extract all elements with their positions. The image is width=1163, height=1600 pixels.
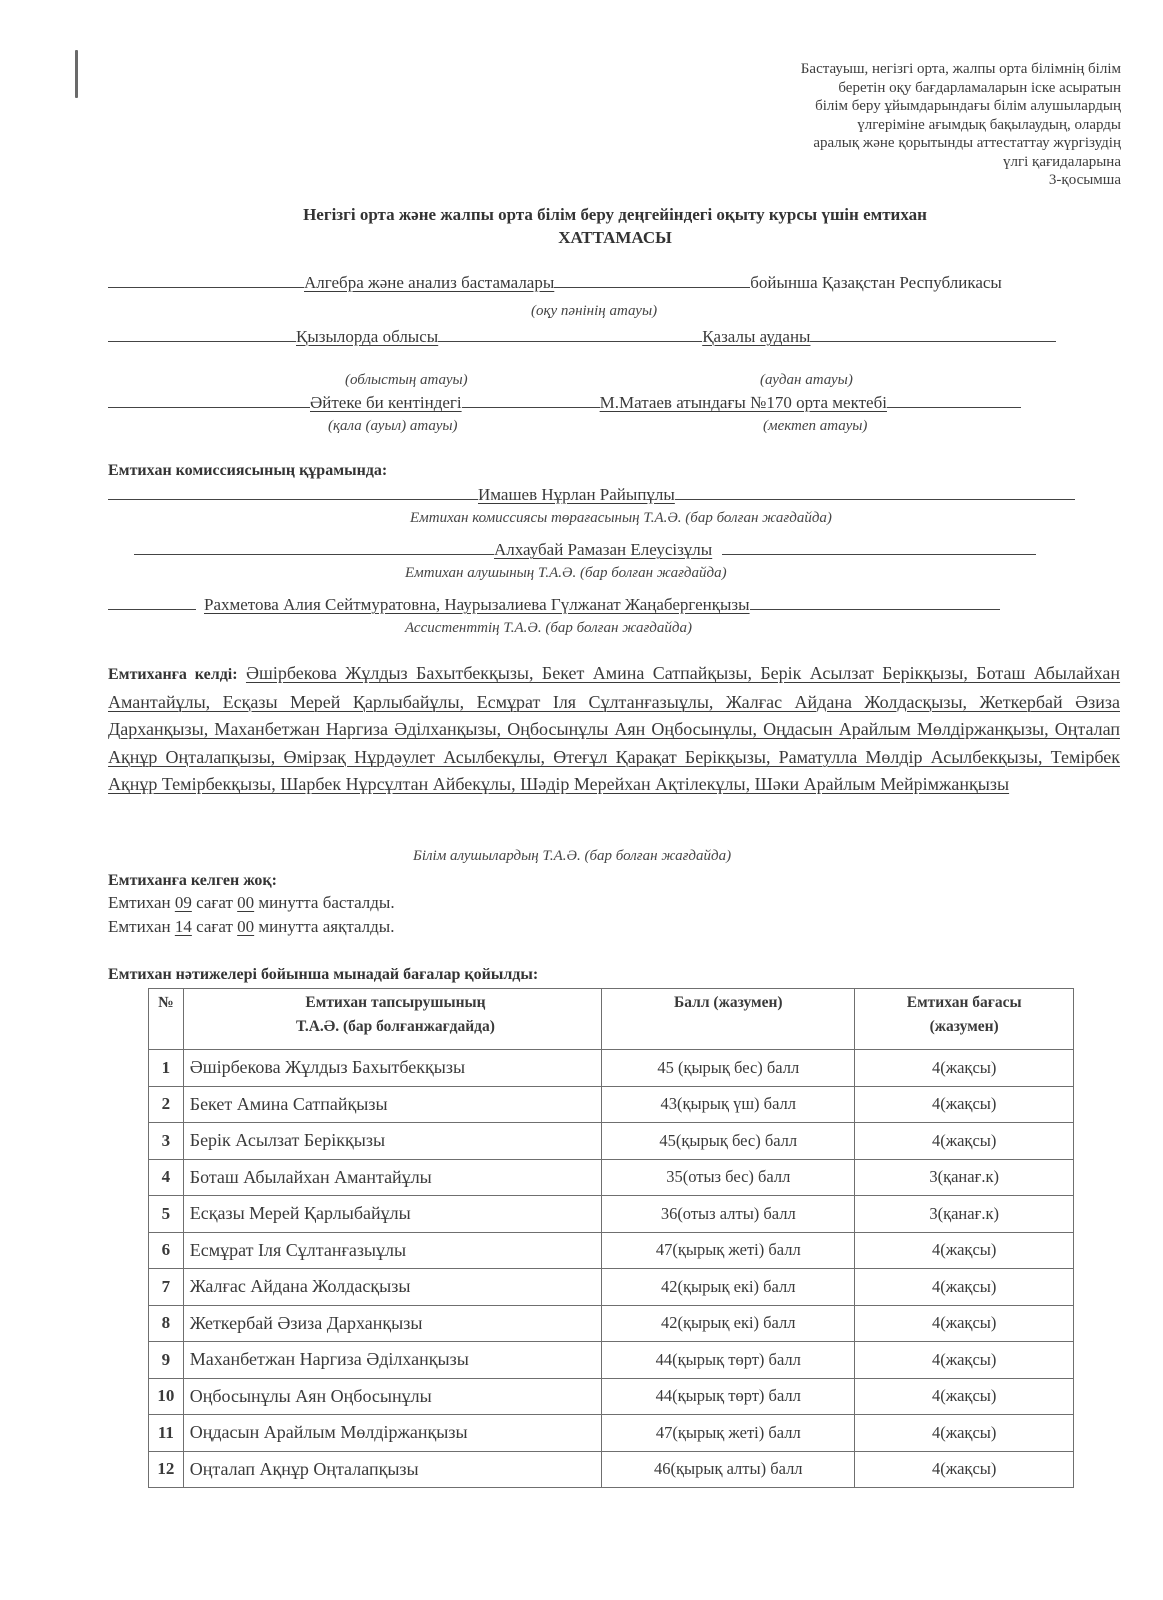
row-number: 3 [149, 1123, 184, 1160]
row-number: 5 [149, 1196, 184, 1233]
attended-label: Емтиханға келді: [108, 666, 238, 683]
document-title: Негізгі орта және жалпы орта білім беру … [110, 205, 1120, 225]
attended-caption: Білім алушылардың Т.А.Ә. (бар болған жағ… [413, 848, 731, 865]
row-score: 47(қырық жеті) балл [602, 1232, 855, 1269]
subject-value: Алгебра және анализ бастамалары [304, 273, 554, 292]
row-grade: 3(қанағ.к) [855, 1196, 1074, 1233]
chair-caption: Емтихан комиссиясы төрағасының Т.А.Ә. (б… [410, 510, 832, 527]
row-number: 9 [149, 1342, 184, 1379]
exam-start-suffix: минутта басталды. [254, 893, 394, 912]
blank-line [108, 393, 310, 408]
row-number: 8 [149, 1305, 184, 1342]
absent-label: Емтиханға келген жоқ: [108, 872, 277, 890]
blank-line [750, 595, 1000, 610]
exam-end-suffix: минутта аяқталды. [254, 917, 394, 936]
row-grade: 4(жақсы) [855, 1050, 1074, 1087]
row-grade: 4(жақсы) [855, 1342, 1074, 1379]
school-value: М.Матаев атындағы №170 орта мектебі [600, 393, 887, 412]
table-row: 12Оңталап Ақнұр Оңталапқызы46(қырық алты… [149, 1451, 1074, 1488]
col-student-name-line1: Емтихан тапсырушының [190, 991, 602, 1015]
col-student-name-line2: Т.А.Ә. (бар болғанжағдайда) [190, 1015, 602, 1039]
attended-names: Әшірбекова Жұлдыз Бахытбекқызы, Бекет Ам… [108, 663, 1120, 794]
table-row: 1Әшірбекова Жұлдыз Бахытбекқызы45 (қырық… [149, 1050, 1074, 1087]
row-grade: 4(жақсы) [855, 1451, 1074, 1488]
blank-line [108, 327, 296, 342]
exam-start-mid: сағат [192, 893, 237, 912]
subject-suffix: бойынша Қазақстан Республикасы [750, 273, 1002, 292]
row-grade: 4(жақсы) [855, 1378, 1074, 1415]
chair-line: Имашев Нұрлан Райыпұлы [108, 485, 1075, 505]
annex-note-line: аралық және қорытынды аттестаттау жүргіз… [701, 134, 1121, 153]
row-grade: 4(жақсы) [855, 1269, 1074, 1306]
row-number: 7 [149, 1269, 184, 1306]
annex-note-line: үлгі қағидаларына [701, 153, 1121, 172]
exam-end-prefix: Емтихан [108, 917, 175, 936]
row-number: 6 [149, 1232, 184, 1269]
examiner-caption: Емтихан алушының Т.А.Ә. (бар болған жағд… [405, 565, 727, 582]
row-score: 45 (қырық бес) балл [602, 1050, 855, 1087]
blank-line [554, 273, 750, 288]
row-grade: 4(жақсы) [855, 1232, 1074, 1269]
table-row: 9Маханбетжан Наргиза Әділханқызы44(қырық… [149, 1342, 1074, 1379]
commission-heading: Емтихан комиссиясының құрамында: [108, 462, 387, 480]
row-score: 35(отыз бес) балл [602, 1159, 855, 1196]
col-grade: Емтихан бағасы (жазумен) [855, 989, 1074, 1050]
subject-caption: (оқу пәнінің атауы) [531, 303, 657, 320]
district-value: Қазалы ауданы [702, 327, 810, 346]
table-row: 5Есқазы Мерей Қарлыбайұлы36(отыз алты) б… [149, 1196, 1074, 1233]
district-caption: (аудан атауы) [760, 372, 853, 389]
table-row: 11Оңдасын Арайлым Мөлдіржанқызы47(қырық … [149, 1415, 1074, 1452]
row-student-name: Есмұрат Іля Сұлтанғазыұлы [183, 1232, 602, 1269]
row-grade: 4(жақсы) [855, 1086, 1074, 1123]
blank-line [438, 327, 702, 342]
row-grade: 3(қанағ.к) [855, 1159, 1074, 1196]
assistants-value: Рахметова Алия Сейтмуратовна, Наурызалие… [204, 595, 750, 614]
row-number: 1 [149, 1050, 184, 1087]
row-number: 11 [149, 1415, 184, 1452]
blank-line [108, 273, 304, 288]
row-score: 45(қырық бес) балл [602, 1123, 855, 1160]
blank-line [462, 393, 600, 408]
exam-start-hour: 09 [175, 893, 192, 912]
blank-line [810, 327, 1056, 342]
col-grade-line2: (жазумен) [855, 1015, 1073, 1039]
blank-line [722, 540, 730, 555]
table-row: 4Боташ Абылайхан Амантайұлы35(отыз бес) … [149, 1159, 1074, 1196]
row-student-name: Боташ Абылайхан Амантайұлы [183, 1159, 602, 1196]
exam-start-line: Емтихан 09 сағат 00 минутта басталды. [108, 893, 395, 913]
table-row: 3Берік Асылзат Берікқызы45(қырық бес) ба… [149, 1123, 1074, 1160]
exam-start-prefix: Емтихан [108, 893, 175, 912]
row-score: 43(қырық үш) балл [602, 1086, 855, 1123]
col-score: Балл (жазумен) [602, 989, 855, 1050]
row-number: 2 [149, 1086, 184, 1123]
row-student-name: Есқазы Мерей Қарлыбайұлы [183, 1196, 602, 1233]
blank-line [730, 540, 1036, 555]
blank-line [108, 595, 196, 610]
row-score: 42(қырық екі) балл [602, 1269, 855, 1306]
annex-number: 3-қосымша [701, 171, 1121, 190]
subject-line: Алгебра және анализ бастамаларыбойынша Қ… [108, 273, 1002, 293]
results-table: № Емтихан тапсырушының Т.А.Ә. (бар болға… [148, 988, 1074, 1488]
col-grade-line1: Емтихан бағасы [855, 991, 1073, 1015]
row-student-name: Бекет Амина Сатпайқызы [183, 1086, 602, 1123]
settlement-school-line: Әйтеке би кентіндегіМ.Матаев атындағы №1… [108, 393, 1021, 413]
row-student-name: Жеткербай Әзиза Дарханқызы [183, 1305, 602, 1342]
annex-note-line: беретін оқу бағдарламаларын іске асыраты… [701, 79, 1121, 98]
row-number: 4 [149, 1159, 184, 1196]
row-number: 10 [149, 1378, 184, 1415]
examiner-value: Алхаубай Рамазан Елеусізұлы [494, 540, 712, 559]
document-title-protocol: ХАТТАМАСЫ [110, 228, 1120, 248]
staple-mark [75, 50, 78, 98]
annex-note: Бастауыш, негізгі орта, жалпы орта білім… [701, 60, 1121, 190]
exam-end-minute: 00 [237, 917, 254, 936]
row-number: 12 [149, 1451, 184, 1488]
annex-note-line: білім беру ұйымдарындағы білім алушылард… [701, 97, 1121, 116]
row-student-name: Оңбосынұлы Аян Оңбосынұлы [183, 1378, 602, 1415]
settlement-value: Әйтеке би кентіндегі [310, 393, 462, 412]
row-student-name: Жалғас Айдана Жолдасқызы [183, 1269, 602, 1306]
row-score: 46(қырық алты) балл [602, 1451, 855, 1488]
region-district-line: Қызылорда облысыҚазалы ауданы [108, 327, 1056, 347]
exam-end-hour: 14 [175, 917, 192, 936]
exam-end-mid: сағат [192, 917, 237, 936]
results-header-row: № Емтихан тапсырушының Т.А.Ә. (бар болға… [149, 989, 1074, 1050]
results-heading: Емтихан нәтижелері бойынша мынадай бағал… [108, 966, 538, 984]
assistants-caption: Ассистенттің Т.А.Ә. (бар болған жағдайда… [405, 620, 692, 637]
attended-paragraph: Емтиханға келді: Әшірбекова Жұлдыз Бахыт… [108, 660, 1120, 799]
row-score: 36(отыз алты) балл [602, 1196, 855, 1233]
region-caption: (облыстың атауы) [345, 372, 468, 389]
table-row: 2Бекет Амина Сатпайқызы43(қырық үш) балл… [149, 1086, 1074, 1123]
row-score: 47(қырық жеті) балл [602, 1415, 855, 1452]
exam-end-line: Емтихан 14 сағат 00 минутта аяқталды. [108, 917, 394, 937]
row-grade: 4(жақсы) [855, 1305, 1074, 1342]
row-score: 44(қырық төрт) балл [602, 1378, 855, 1415]
col-student-name: Емтихан тапсырушының Т.А.Ә. (бар болғанж… [183, 989, 602, 1050]
blank-line [108, 485, 478, 500]
exam-start-minute: 00 [237, 893, 254, 912]
settlement-caption: (қала (ауыл) атауы) [328, 418, 458, 435]
col-number: № [149, 989, 184, 1050]
row-score: 42(қырық екі) балл [602, 1305, 855, 1342]
annex-note-line: үлгеріміне ағымдық бақылаудың, оларды [701, 116, 1121, 135]
region-value: Қызылорда облысы [296, 327, 438, 346]
blank-line [675, 485, 1075, 500]
blank-line [134, 540, 494, 555]
row-student-name: Оңдасын Арайлым Мөлдіржанқызы [183, 1415, 602, 1452]
table-row: 8Жеткербай Әзиза Дарханқызы42(қырық екі)… [149, 1305, 1074, 1342]
annex-note-line: Бастауыш, негізгі орта, жалпы орта білім… [701, 60, 1121, 79]
row-grade: 4(жақсы) [855, 1123, 1074, 1160]
chair-value: Имашев Нұрлан Райыпұлы [478, 485, 675, 504]
table-row: 6Есмұрат Іля Сұлтанғазыұлы47(қырық жеті)… [149, 1232, 1074, 1269]
row-student-name: Әшірбекова Жұлдыз Бахытбекқызы [183, 1050, 602, 1087]
row-student-name: Оңталап Ақнұр Оңталапқызы [183, 1451, 602, 1488]
examiner-line: Алхаубай Рамазан Елеусізұлы [134, 540, 1036, 560]
row-student-name: Берік Асылзат Берікқызы [183, 1123, 602, 1160]
row-grade: 4(жақсы) [855, 1415, 1074, 1452]
row-student-name: Маханбетжан Наргиза Әділханқызы [183, 1342, 602, 1379]
table-row: 7Жалғас Айдана Жолдасқызы42(қырық екі) б… [149, 1269, 1074, 1306]
blank-line [887, 393, 1021, 408]
assistants-line: Рахметова Алия Сейтмуратовна, Наурызалие… [108, 595, 1000, 615]
school-caption: (мектеп атауы) [763, 418, 867, 435]
table-row: 10Оңбосынұлы Аян Оңбосынұлы44(қырық төрт… [149, 1378, 1074, 1415]
row-score: 44(қырық төрт) балл [602, 1342, 855, 1379]
